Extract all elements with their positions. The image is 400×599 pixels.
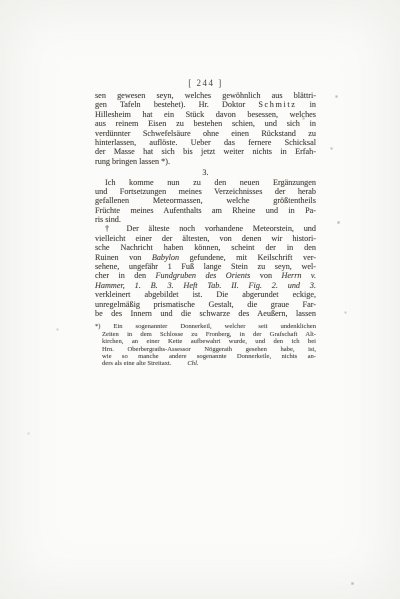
text-line: sen gewesen seyn, welches gewöhnlich aus… (95, 91, 316, 100)
text-line: rung bringen lassen *). (95, 157, 316, 166)
text-line: Ich komme nun zu den neuen Ergänzungen (95, 178, 316, 187)
text-segment: Ruinen von (95, 253, 152, 262)
text-segment: Zeiten in dem Schlosse zu Fronberg, in d… (102, 331, 316, 338)
text-segment: gefundene, mit Keilschrift ver- (179, 253, 316, 262)
text-line: verkleinert abgebildet ist. Die abgerund… (95, 290, 316, 299)
text-segment: unregelmäßig prismatische Gestalt, die g… (95, 300, 316, 309)
text-segment: in (296, 100, 316, 109)
text-segment: verkleinert abgebildet ist. Die abgerund… (95, 290, 316, 299)
text-segment: der Masse hat sich bis jetzt weiter nich… (95, 147, 316, 156)
text-line: kirchen, an einer Kette aufbewahrt wurde… (102, 338, 316, 345)
text-segment: ris sind. (95, 215, 121, 224)
paragraph-1: sen gewesen seyn, welches gewöhnlich aus… (95, 91, 316, 166)
text-segment: von (250, 271, 281, 280)
scanned-book-page: [ 244 ] sen gewesen seyn, welches gewöhn… (0, 0, 400, 599)
text-segment: † Der älteste noch vorhandene Meteorstei… (105, 224, 316, 233)
text-segment: ders als eine alte Streitaxt. (102, 360, 171, 367)
paragraph-2: Ich komme nun zu den neuen Ergänzungenun… (95, 178, 316, 225)
text-segment: kirchen, an einer Kette aufbewahrt wurde… (102, 338, 316, 345)
text-line: vielleicht einer der ältesten, von denen… (95, 234, 316, 243)
text-line: Hillesheim hat ein Stück davon besessen,… (95, 110, 316, 119)
text-column: sen gewesen seyn, welches gewöhnlich aus… (95, 91, 316, 368)
text-line: gen Tafeln bestehet). Hr. Doktor Schmitz… (95, 100, 316, 109)
text-segment: *) Ein sogenannter Donnerkeil, welcher s… (95, 323, 316, 330)
text-line: † Der älteste noch vorhandene Meteorstei… (95, 224, 316, 233)
text-segment: Hillesheim hat ein Stück davon besessen,… (95, 110, 316, 119)
text-line: Hrn. Oberbergraths-Assessor Nöggerath ge… (102, 346, 316, 353)
text-segment: sche Nachricht haben können, scheint der… (95, 243, 316, 252)
text-segment: sen gewesen seyn, welches gewöhnlich aus… (95, 91, 316, 100)
text-segment: Fundgruben des Orients (156, 271, 251, 280)
text-line: sche Nachricht haben können, scheint der… (95, 243, 316, 252)
text-line: be des Innern und die schwarze des Aeuße… (95, 309, 316, 318)
text-line: sehene, ungefähr 1 Fuß lange Stein zu se… (95, 262, 316, 271)
text-line: *) Ein sogenannter Donnerkeil, welcher s… (95, 323, 316, 330)
text-line: aus reinem Eisen zu bestehen schien, und… (95, 119, 316, 128)
text-segment: aus reinem Eisen zu bestehen schien, und… (95, 119, 316, 128)
section-number: 3. (95, 168, 316, 177)
text-segment: gen Tafeln bestehet). Hr. Doktor (95, 100, 258, 109)
text-segment: Ich komme nun zu den neuen Ergänzungen (105, 178, 316, 187)
text-line: ris sind. (95, 215, 316, 224)
text-segment: Hammer, 1. B. 3. Heft Tab. II. Fig. 2. u… (95, 281, 316, 290)
scan-noise-specks (0, 0, 1, 1)
text-segment: rung bringen lassen *). (95, 157, 170, 166)
footnote: *) Ein sogenannter Donnerkeil, welcher s… (95, 323, 316, 367)
text-line: wie so manche andere sogenannte Donnerke… (102, 353, 316, 360)
text-segment: Herrn v. (281, 271, 316, 280)
text-segment: wie so manche andere sogenannte Donnerke… (102, 353, 316, 360)
text-segment: Hrn. Oberbergraths-Assessor Nöggerath ge… (102, 346, 316, 353)
text-segment: verdünnter Schwefelsäure ohne einen Rück… (95, 129, 316, 138)
text-segment: Früchte meines Aufenthalts am Rheine und… (95, 206, 316, 215)
text-segment: und Fortsetzungen meines Verzeichnisses … (95, 187, 316, 196)
text-line: unregelmäßig prismatische Gestalt, die g… (95, 300, 316, 309)
text-line: hinterlassen, auflöste. Ueber das ferner… (95, 138, 316, 147)
text-segment: hinterlassen, auflöste. Ueber das ferner… (95, 138, 316, 147)
text-line: cher in den Fundgruben des Orients von H… (95, 271, 316, 280)
text-line: verdünnter Schwefelsäure ohne einen Rück… (95, 129, 316, 138)
text-line: Ruinen von Babylon gefundene, mit Keilsc… (95, 253, 316, 262)
paragraph-3: † Der älteste noch vorhandene Meteorstei… (95, 224, 316, 318)
text-segment: vielleicht einer der ältesten, von denen… (95, 234, 316, 243)
text-line: gefallenen Meteormassen, welche größtent… (95, 196, 316, 205)
text-segment: gefallenen Meteormassen, welche größtent… (95, 196, 316, 205)
text-segment: sehene, ungefähr 1 Fuß lange Stein zu se… (95, 262, 316, 271)
text-segment: Babylon (152, 253, 179, 262)
text-segment: Schmitz (258, 100, 296, 109)
text-line: und Fortsetzungen meines Verzeichnisses … (95, 187, 316, 196)
text-line: Früchte meines Aufenthalts am Rheine und… (95, 206, 316, 215)
text-segment: Chl. (171, 360, 198, 367)
text-line: ders als eine alte Streitaxt.Chl. (102, 360, 316, 367)
text-line: der Masse hat sich bis jetzt weiter nich… (95, 147, 316, 156)
text-line: Hammer, 1. B. 3. Heft Tab. II. Fig. 2. u… (95, 281, 316, 290)
text-segment: cher in den (95, 271, 156, 280)
text-segment: be des Innern und die schwarze des Aeuße… (95, 309, 316, 318)
page-number: [ 244 ] (95, 78, 316, 88)
